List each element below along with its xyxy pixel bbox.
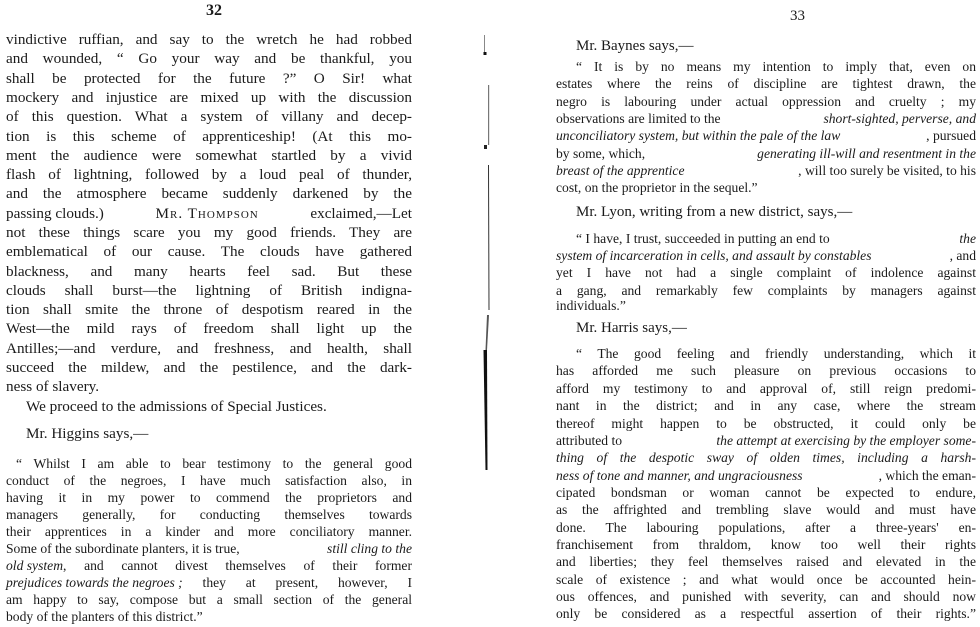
text-fragment: they at present, however, I	[183, 575, 412, 591]
quote-line: unconciliatory system, but within the pa…	[556, 128, 976, 144]
text-fragment: , and	[950, 248, 976, 264]
italic-fragment: prejudices towards the negroes ;	[6, 575, 183, 591]
quote-line: attributed to the attempt at exercising …	[556, 433, 976, 449]
quote-line: prejudices towards the negroes ; they at…	[6, 575, 412, 591]
quote-line: thing of the despotic sway of olden time…	[556, 450, 976, 466]
quote-line: by some, which, generating ill-will and …	[556, 146, 976, 162]
quote-line: conduct of the negroes, I have much sati…	[6, 473, 412, 489]
quote-line: managers generally, for conducting thems…	[6, 507, 412, 523]
text-line: Antilles;—and verdure, and freshness, an…	[6, 340, 412, 358]
text-line: ness of slavery.	[6, 378, 412, 396]
quote-line: franchisement from thraldom, know too we…	[556, 537, 976, 553]
quote-line: nant in the district; and in any case, w…	[556, 398, 976, 414]
page-number-left: 32	[206, 2, 222, 20]
speaker-heading: Mr. Baynes says,—	[556, 38, 976, 55]
speaker-thompson: Mr. Thompson	[156, 205, 259, 223]
text-line: shall be protected for the future ?” O S…	[6, 70, 412, 88]
text-line: succeed the mildew, and the pestilence, …	[6, 359, 412, 377]
book-binding-shadow	[482, 30, 494, 590]
text-fragment: , which the eman-	[879, 468, 976, 484]
text-line: mockery and injustice are mixed up with …	[6, 89, 412, 107]
italic-fragment: short-sighted, perverse, and	[823, 111, 976, 127]
quote-line: system of incarceration in cells, and as…	[556, 248, 976, 264]
text-fragment: exclaimed,—Let	[310, 205, 412, 223]
quote-line: ness of tone and manner, and ungraciousn…	[556, 468, 976, 484]
quote-line: as the affrighted and trembling slave wo…	[556, 502, 976, 518]
quote-line: Some of the subordinate planters, it is …	[6, 541, 412, 557]
text-fragment: , pursued	[926, 128, 976, 144]
quote-line: am happy to say, compose but a small sec…	[6, 592, 412, 608]
text-fragment: observations are limited to the	[556, 111, 721, 127]
text-line: and the atmosphere became suddenly darke…	[6, 185, 412, 203]
quote-line: cost, on the proprietor in the sequel.”	[556, 180, 976, 196]
italic-fragment: the attempt at exercising by the employe…	[716, 433, 976, 449]
text-line: flash of lightning, followed by a loud p…	[6, 166, 412, 184]
quote-line: “ Whilst I am able to bear testimony to …	[6, 456, 412, 472]
text-line: clouds shall burst—the lightning of Brit…	[6, 282, 412, 300]
text-line: and wounded, “ Go your way and be thankf…	[6, 50, 412, 68]
text-line: not these things scare you my good frien…	[6, 224, 412, 242]
text-fragment: Some of the subordinate planters, it is …	[6, 541, 240, 557]
quote-line: afford my testimony to and approval of, …	[556, 381, 976, 397]
speaker-heading: Mr. Harris says,—	[556, 320, 976, 337]
text-fragment: by some, which,	[556, 146, 645, 162]
text-line: We proceed to the admissions of Special …	[6, 398, 412, 416]
text-fragment: , will too surely be visited, to his	[798, 163, 976, 179]
quote-line: breast of the apprentice , will too sure…	[556, 163, 976, 179]
quote-line: done. The labouring populations, after a…	[556, 520, 976, 536]
quote-line: cipated bondsman or woman cannot be expe…	[556, 485, 976, 501]
page-number-right: 33	[790, 8, 805, 25]
text-line: ment the audience were somewhat startled…	[6, 147, 412, 165]
quote-line: “ It is by no means my intention to impl…	[556, 59, 976, 75]
text-fragment: “ I have, I trust, succeeded in putting …	[576, 231, 830, 247]
text-line: tion shall smite the throne of despotism…	[6, 301, 412, 319]
italic-fragment: the	[959, 231, 976, 247]
speaker-heading: Mr. Higgins says,—	[6, 425, 412, 443]
italic-fragment: thing of the despotic sway of olden time…	[556, 450, 976, 465]
speaker-heading: Mr. Lyon, writing from a new district, s…	[556, 204, 976, 221]
text-line: emblematical of our cause. The clouds ha…	[6, 243, 412, 261]
quote-line: a gang, and remarkably few complaints by…	[556, 283, 976, 299]
quote-line: body of the planters of this district.”	[6, 609, 412, 625]
italic-fragment: still cling to the	[327, 541, 412, 557]
quote-line: having it in my power to commend the pro…	[6, 490, 412, 506]
quote-line: yet I have not had a single complaint of…	[556, 265, 976, 281]
quote-line: individuals.”	[556, 298, 976, 314]
quote-line: thereof might happen to be obstructed, i…	[556, 416, 976, 432]
italic-fragment: system of incarceration in cells, and as…	[556, 248, 872, 264]
italic-fragment: ness of tone and manner, and ungraciousn…	[556, 468, 803, 484]
italic-fragment: unconciliatory system, but within the pa…	[556, 128, 840, 144]
quote-line: observations are limited to the short-si…	[556, 111, 976, 127]
italic-fragment: old system	[6, 558, 63, 574]
quote-line: estates where the reins of discipline ar…	[556, 76, 976, 92]
quote-line: has afforded me such pleasure on previou…	[556, 363, 976, 379]
quote-line: their apprentices in a kinder and more c…	[6, 524, 412, 540]
text-fragment: , and cannot divest themselves of their …	[63, 558, 412, 574]
text-line: passing clouds.) Mr. Thompson exclaimed,…	[6, 205, 412, 223]
text-line: tion is this scheme of apprenticeship! (…	[6, 128, 412, 146]
quote-line: negro is labouring under actual oppressi…	[556, 94, 976, 110]
italic-fragment: generating ill-will and resentment in th…	[757, 146, 976, 162]
text-line: vindictive ruffian, and say to the wretc…	[6, 31, 412, 49]
quote-line: old system , and cannot divest themselve…	[6, 558, 412, 574]
quote-line: scale of existence ; and what would once…	[556, 572, 976, 588]
quote-line: ous offences, and punished with severity…	[556, 589, 976, 605]
text-line: of this question. What a system of villa…	[6, 108, 412, 126]
quote-line: and liberties; they feel themselves rais…	[556, 554, 976, 570]
quote-line: “ I have, I trust, succeeded in putting …	[556, 231, 976, 247]
text-fragment: passing clouds.)	[6, 205, 104, 223]
italic-fragment: breast of the apprentice	[556, 163, 684, 179]
text-line: blackness, and many hearts feel sad. But…	[6, 263, 412, 281]
quote-line: “ The good feeling and friendly understa…	[556, 346, 976, 362]
text-line: West—the mild rays of freedom shall ligh…	[6, 320, 412, 338]
quote-line: only be considered as a respectful asser…	[556, 606, 976, 622]
text-fragment: attributed to	[556, 433, 622, 449]
